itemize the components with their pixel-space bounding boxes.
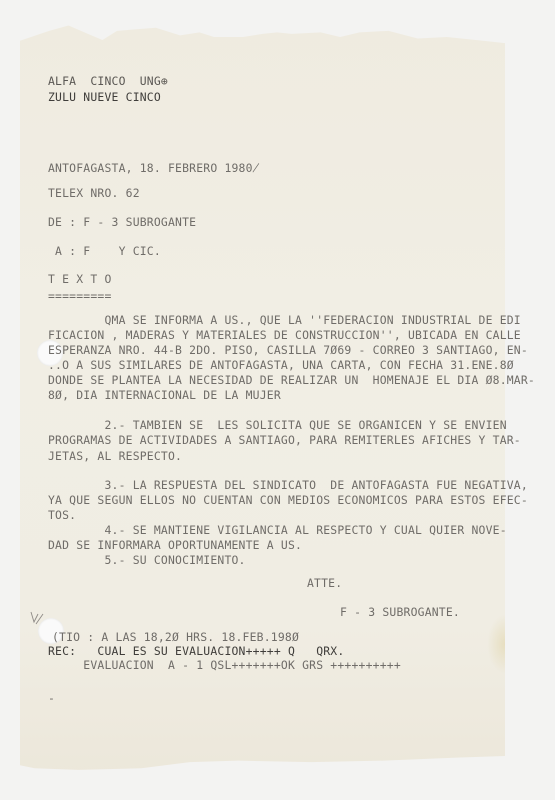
evaluation-line: EVALUACION A - 1 QSL+++++++OK GRS ++++++…	[48, 660, 401, 671]
body-line: PROGRAMAS DE ACTIVIDADES A SANTIAGO, PAR…	[48, 435, 521, 446]
body-line: DAD SE INFORMARA OPORTUNAMENTE A US.	[48, 540, 302, 551]
closing: ATTE.	[307, 578, 342, 589]
signature: F - 3 SUBROGANTE.	[340, 607, 460, 618]
paper-stain	[487, 614, 505, 674]
body-line: ESPERANZA NRO. 44-B 2DO. PISO, CASILLA 7…	[48, 345, 528, 356]
body-line: 8Ø, DIA INTERNACIONAL DE LA MUJER	[48, 390, 281, 401]
body-line: DONDE SE PLANTEA LA NECESIDAD DE REALIZA…	[48, 375, 535, 386]
body-line: 3.- LA RESPUESTA DEL SINDICATO DE ANTOFA…	[48, 480, 528, 491]
header-line-1: ALFA CINCO UNG⊕	[48, 76, 168, 87]
footer-mark: -	[48, 693, 55, 704]
rec-line: REC: CUAL ES SU EVALUACION+++++ Q QRX.	[48, 646, 344, 657]
telex-number: TELEX NRO. 62	[48, 188, 140, 199]
body-line: YA QUE SEGUN ELLOS NO CUENTAN CON MEDIOS…	[48, 495, 528, 506]
text-label: T E X T O	[48, 274, 112, 285]
text-rule: =========	[48, 291, 112, 302]
body-line: JETAS, AL RESPECTO.	[48, 451, 182, 462]
body-line: QMA SE INFORMA A US., QUE LA ''FEDERACIO…	[48, 315, 521, 326]
body-line: FICACION , MADERAS Y MATERIALES DE CONST…	[48, 330, 521, 341]
to-line: A : F Y CIC.	[48, 246, 161, 257]
body-line: 4.- SE MANTIENE VIGILANCIA AL RESPECTO Y…	[48, 525, 507, 536]
body-line: 5.- SU CONOCIMIENTO.	[48, 555, 246, 566]
body-line: 2.- TAMBIEN SE LES SOLICITA QUE SE ORGAN…	[48, 420, 507, 431]
header-line-2: ZULU NUEVE CINCO	[48, 92, 161, 103]
place-date: ANTOFAGASTA, 18. FEBRERO 1980̸	[48, 163, 260, 174]
body-line: ..O A SUS SIMILARES DE ANTOFAGASTA, UNA …	[48, 360, 514, 371]
body-line: TOS.	[48, 510, 76, 521]
transmission-line: (TIO : A LAS 18,2Ø HRS. 18.FEB.198Ø	[52, 632, 299, 643]
from-line: DE : F - 3 SUBROGANTE	[48, 217, 196, 228]
